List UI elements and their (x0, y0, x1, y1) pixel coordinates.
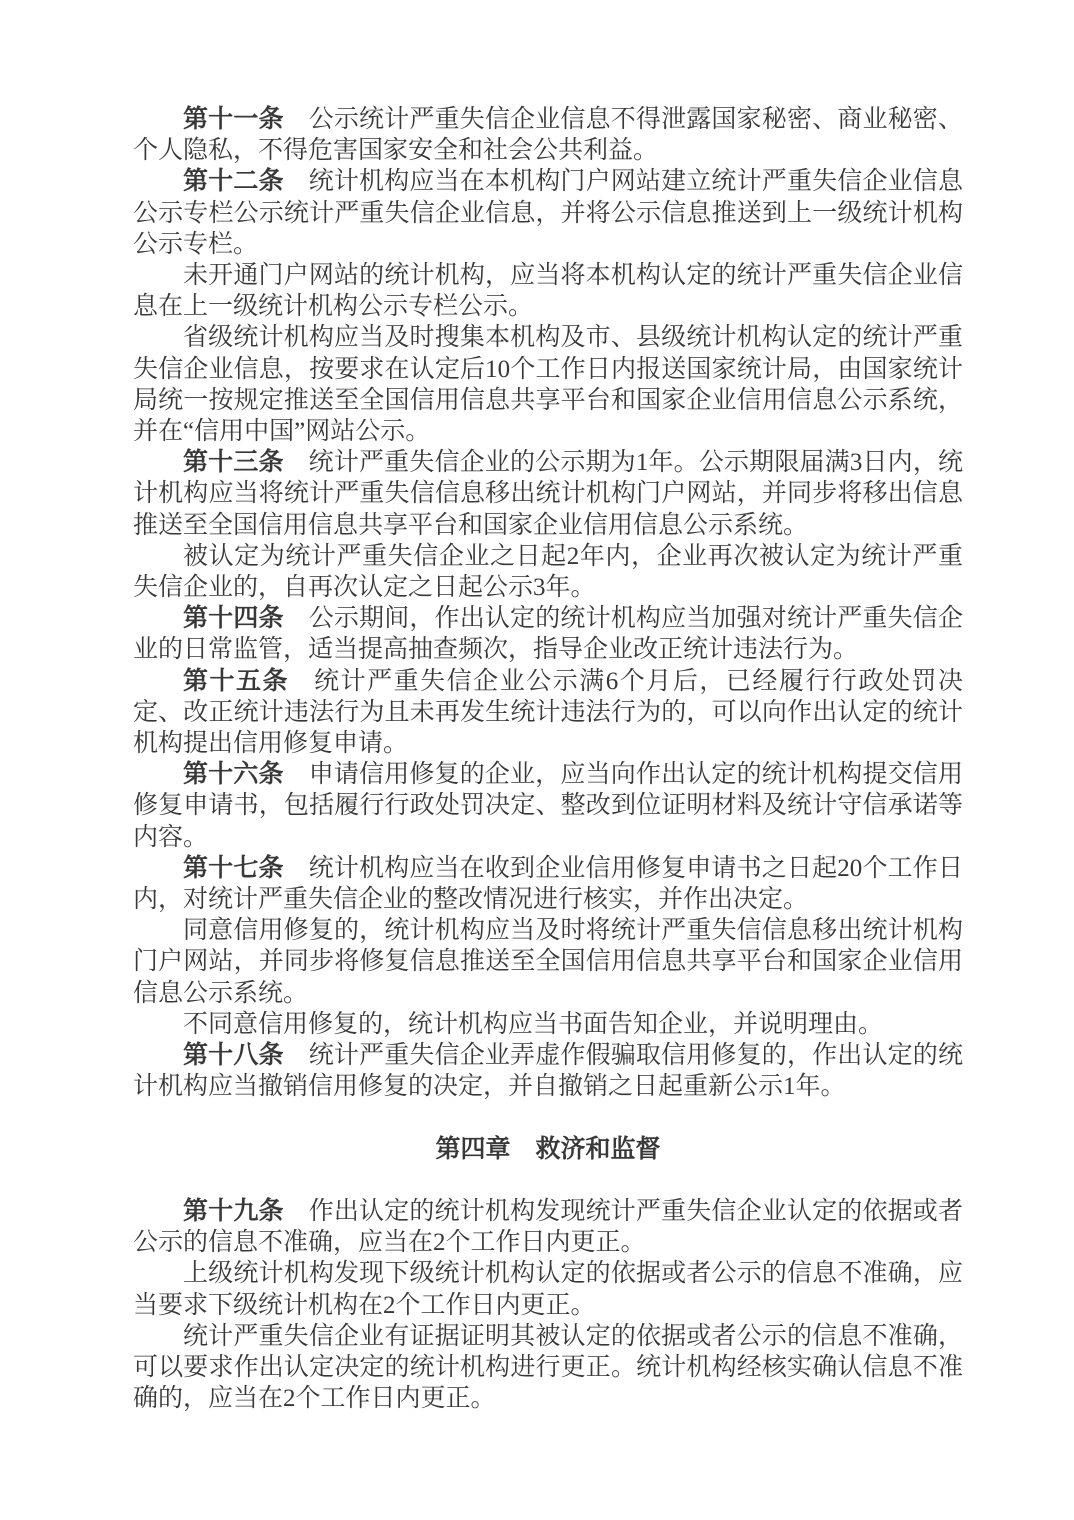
article-paragraph: 第十三条统计严重失信企业的公示期为1年。公示期限届满3日内，统计机构应当将统计严… (133, 447, 963, 541)
paragraph-text: 未开通门户网站的统计机构，应当将本机构认定的统计严重失信企业信息在上一级统计机构… (133, 262, 963, 320)
body-paragraph: 省级统计机构应当及时搜集本机构及市、县级统计机构认定的统计严重失信企业信息，按要… (133, 322, 963, 447)
body-paragraph: 统计严重失信企业有证据证明其被认定的依据或者公示的信息不准确，可以要求作出认定决… (133, 1321, 963, 1415)
paragraph-text: 上级统计机构发现下级统计机构认定的依据或者公示的信息不准确，应当要求下级统计机构… (133, 1260, 963, 1318)
article-paragraph: 第十八条统计严重失信企业弄虚作假骗取信用修复的，作出认定的统计机构应当撤销信用修… (133, 1040, 963, 1102)
article-paragraph: 第十六条申请信用修复的企业，应当向作出认定的统计机构提交信用修复申请书，包括履行… (133, 759, 963, 853)
article-paragraph: 第十四条公示期间，作出认定的统计机构应当加强对统计严重失信企业的日常监管，适当提… (133, 603, 963, 665)
article-paragraph: 第十九条作出认定的统计机构发现统计严重失信企业认定的依据或者公示的信息不准确，应… (133, 1196, 963, 1258)
article-number: 第十八条 (183, 1042, 284, 1069)
document-body: 第十一条公示统计严重失信企业信息不得泄露国家秘密、商业秘密、个人隐私，不得危害国… (0, 0, 1074, 1415)
article-number: 第十一条 (183, 106, 284, 133)
body-paragraph: 同意信用修复的，统计机构应当及时将统计严重失信信息移出统计机构门户网站，并同步将… (133, 915, 963, 1009)
paragraph-text: 统计严重失信企业有证据证明其被认定的依据或者公示的信息不准确，可以要求作出认定决… (133, 1323, 963, 1412)
chapter-heading: 第四章救济和监督 (133, 1134, 963, 1165)
body-paragraph: 未开通门户网站的统计机构，应当将本机构认定的统计严重失信企业信息在上一级统计机构… (133, 260, 963, 322)
paragraph-text: 同意信用修复的，统计机构应当及时将统计严重失信信息移出统计机构门户网站，并同步将… (133, 917, 963, 1006)
article-number: 第十三条 (183, 449, 284, 476)
article-paragraph: 第十五条统计严重失信企业公示满6个月后，已经履行行政处罚决定、改正统计违法行为且… (133, 666, 963, 760)
article-number: 第十四条 (183, 605, 284, 632)
paragraph-text: 被认定为统计严重失信企业之日起2年内，企业再次被认定为统计严重失信企业的，自再次… (133, 543, 963, 601)
article-paragraph: 第十二条统计机构应当在本机构门户网站建立统计严重失信企业信息公示专栏公示统计严重… (133, 166, 963, 260)
article-paragraph: 第十七条统计机构应当在收到企业信用修复申请书之日起20个工作日内，对统计严重失信… (133, 853, 963, 915)
document-page: 第十一条公示统计严重失信企业信息不得泄露国家秘密、商业秘密、个人隐私，不得危害国… (0, 0, 1074, 1520)
article-number: 第十五条 (183, 668, 289, 695)
article-number: 第十二条 (183, 168, 284, 195)
chapter-title: 救济和监督 (536, 1136, 661, 1163)
article-number: 第十六条 (183, 761, 284, 788)
paragraph-text: 不同意信用修复的，统计机构应当书面告知企业，并说明理由。 (183, 1011, 883, 1038)
article-number: 第十七条 (183, 855, 284, 882)
body-paragraph: 被认定为统计严重失信企业之日起2年内，企业再次被认定为统计严重失信企业的，自再次… (133, 541, 963, 603)
body-paragraph: 上级统计机构发现下级统计机构认定的依据或者公示的信息不准确，应当要求下级统计机构… (133, 1258, 963, 1320)
paragraph-text: 省级统计机构应当及时搜集本机构及市、县级统计机构认定的统计严重失信企业信息，按要… (133, 324, 963, 445)
body-paragraph: 不同意信用修复的，统计机构应当书面告知企业，并说明理由。 (133, 1009, 963, 1040)
chapter-number: 第四章 (435, 1136, 510, 1163)
article-paragraph: 第十一条公示统计严重失信企业信息不得泄露国家秘密、商业秘密、个人隐私，不得危害国… (133, 104, 963, 166)
article-number: 第十九条 (183, 1198, 284, 1225)
